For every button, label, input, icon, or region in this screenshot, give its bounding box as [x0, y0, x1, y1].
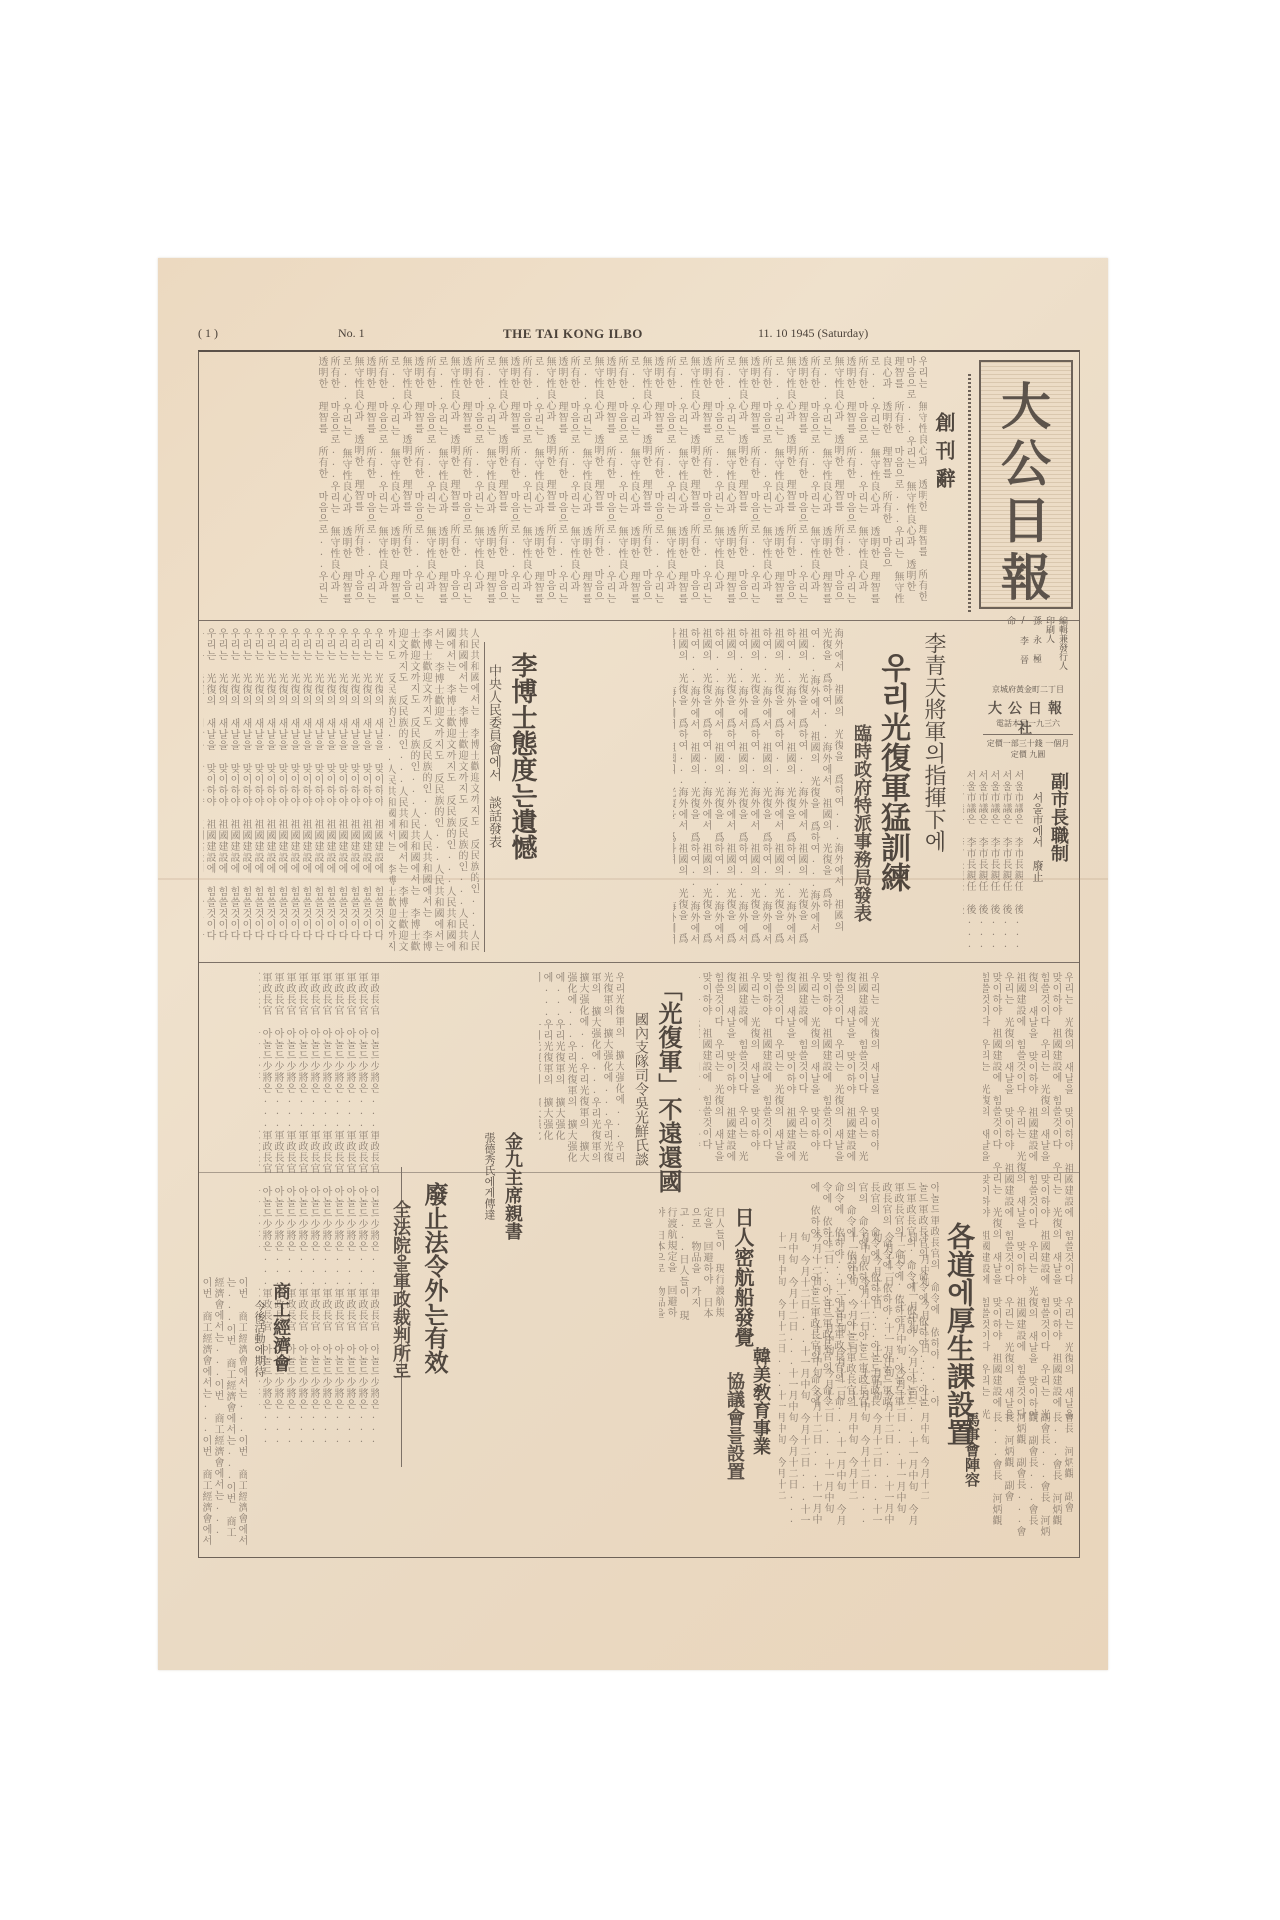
left-column-body: 우리는 光復의 새날을 맞이하야 祖國建設에 힘쓸것이다 우리는 光復의 새날을…	[203, 628, 383, 953]
training-headline: 우리光復軍猛訓練	[870, 652, 914, 892]
deputy-mayor-subhead: 서울市에서 廢止	[1029, 792, 1045, 882]
english-title: THE TAI KONG ILBO	[503, 326, 643, 342]
publisher-phone: 電話本局一九三六	[983, 718, 1073, 729]
newspaper-page: ( 1 ) No. 1 THE TAI KONG ILBO 11. 10 194…	[158, 258, 1108, 1670]
page-header: ( 1 ) No. 1 THE TAI KONG ILBO 11. 10 194…	[198, 326, 1078, 348]
rhee-body: 人民共和國에서는 李博士歡迎文까지도 反民族的인...人民共和國에서는 李博士歡…	[389, 628, 479, 953]
right-column-body: 우리는 光復의 새날을 맞이하야 祖國建設에 힘쓸것이다 우리는 光復의 새날을…	[983, 972, 1073, 1422]
decree-body: 軍政長官 아놀드少將은...軍政長官 아놀드少將은...軍政長官 아놀드少將은.…	[259, 972, 379, 1452]
decree-subhead: 全法院을軍政裁判所로	[387, 1200, 413, 1380]
return-headline: 「光復軍」不遠還國	[651, 977, 686, 1193]
education-body: 十一月中旬 今月十二日...十一月中旬 今月十二日...十一月中旬 今月十二日.…	[779, 1232, 929, 1532]
content-frame: 大 公 日 報 編輯兼發行人 印刷人 孫 永 極 / 李 晉 命 京城府黃金町二…	[198, 350, 1080, 1558]
decree-headline: 廢止法令外는有效	[417, 1182, 452, 1374]
issue-number: No. 1	[338, 326, 365, 341]
editorial-body: 우리는 無守性良心과 透明한 理智를 所有한 마음으로...우리는 無守性良心과…	[317, 356, 927, 612]
issue-date: 11. 10 1945 (Saturday)	[758, 326, 868, 341]
return-body: 우리光復軍의 擴大强化에...우리光復軍의 擴大强化에...우리光復軍의 擴大强…	[539, 972, 624, 1172]
deputy-mayor-body: 서울市議은 李市長親任 後...서울市議은 李市長親任 後...서울市議은 李市…	[963, 770, 1023, 955]
horse-racing-headline: 馬事會陣容	[962, 1412, 983, 1487]
editorial-headline: 創刊辭	[930, 412, 959, 496]
commerce-body: 이번 商工經濟會에서는...이번 商工經濟會에서는...이번 商工經濟會에서는.…	[203, 1277, 247, 1547]
education-subhead: 協議會를設置	[721, 1372, 747, 1480]
return-subhead: 國內支隊司令吳光鮮氏談	[631, 1012, 651, 1166]
commerce-subhead: 今後活動에期待	[251, 1300, 267, 1377]
commerce-headline: 商工經濟會	[267, 1282, 293, 1372]
rhee-subhead: 中央人民委員會에서 談話發表	[484, 664, 503, 848]
horse-racing-body: 會長 河炳觀 副會長...會長 河炳觀 副會長...會長 河炳觀 副會長...會…	[993, 1412, 1073, 1542]
training-subhead: 臨時政府特派事務局發表	[848, 724, 874, 922]
publisher-address: 京城府黃金町二丁目	[983, 684, 1073, 695]
kimgu-subhead: 張德秀氏에게傳達	[481, 1132, 497, 1220]
education-headline: 韓美敎育事業	[747, 1347, 773, 1455]
smuggling-headline: 日人密航船發覺	[729, 1207, 758, 1347]
publisher-roles: 編輯兼發行人 印刷人	[1043, 616, 1069, 676]
masthead-char: 報	[981, 538, 1071, 610]
deputy-mayor-headline: 副市長職制	[1045, 772, 1071, 862]
middle-column-body: 우리는 光復의 새날을 맞이하야 祖國建設에 힘쓸것이다 우리는 光復의 새날을…	[699, 972, 879, 1172]
publisher-info: 編輯兼發行人 印刷人 孫 永 極 / 李 晉 命 京城府黃金町二丁目 大公日報社…	[983, 612, 1073, 762]
masthead: 大 公 日 報	[979, 360, 1073, 609]
publisher-names: 孫 永 極 / 李 晉 命	[1004, 616, 1043, 676]
smuggling-body: 日人들이 現行渡航規定을 回避하야 日本으로 物品을 가지고...日人들이 現行…	[659, 1207, 724, 1327]
subscription-price: 定價一部三十錢 一個月定價 九圓	[983, 734, 1073, 760]
training-kicker: 李青天將軍의指揮下에	[918, 632, 949, 852]
kimgu-headline: 金九主席親書	[499, 1132, 525, 1240]
rhee-headline: 李博士態度는遺憾	[504, 652, 541, 860]
training-body: 海外에서 祖國의 光復을 爲하여...海外에서 祖國의 光復을 爲하여...海外…	[673, 628, 843, 953]
page-number: ( 1 )	[198, 326, 218, 341]
